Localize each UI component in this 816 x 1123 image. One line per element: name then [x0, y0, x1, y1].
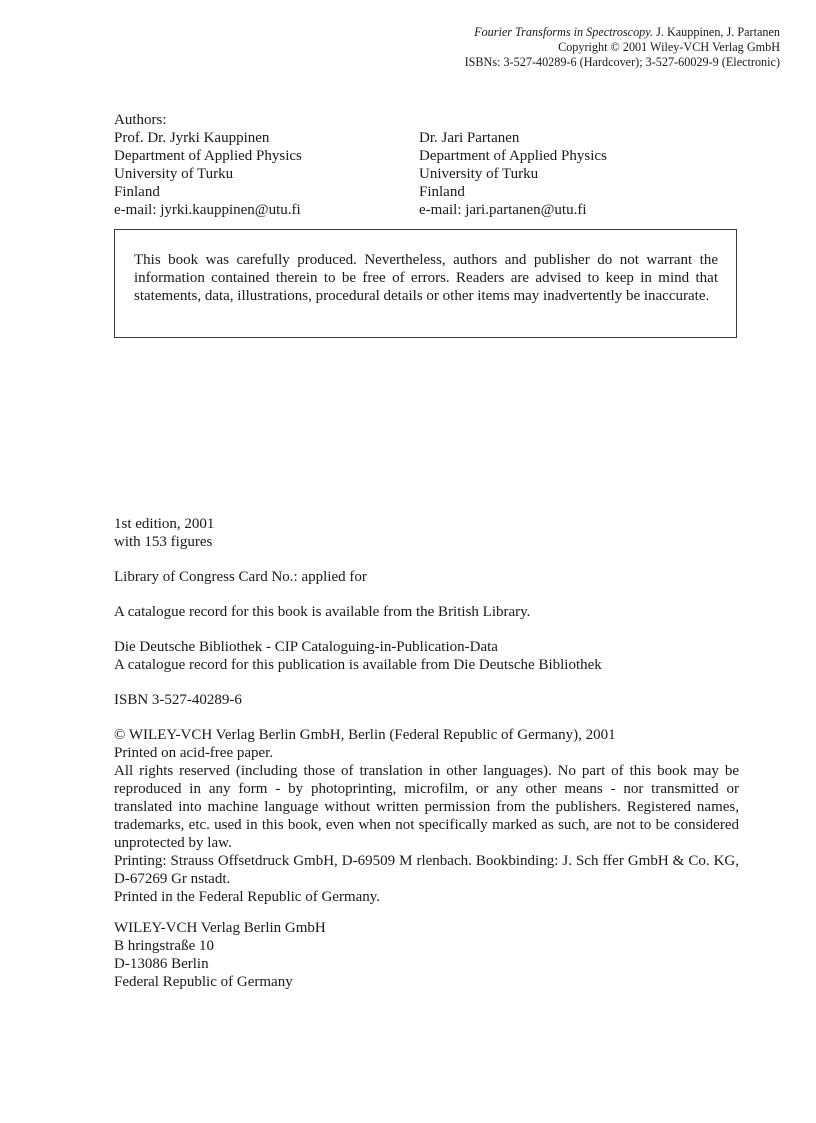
deutsche-line-2: A catalogue record for this publication … — [114, 656, 739, 674]
publisher-name: WILEY-VCH Verlag Berlin GmbH — [114, 919, 739, 937]
header-isbns: ISBNs: 3-527-40289-6 (Hardcover); 3-527-… — [465, 55, 780, 70]
author-name: Prof. Dr. Jyrki Kauppinen — [114, 129, 419, 147]
authors-label: Authors: — [114, 111, 754, 129]
figures-line: with 153 figures — [114, 533, 739, 551]
author-department: Department of Applied Physics — [114, 147, 419, 165]
publisher-city: D-13086 Berlin — [114, 955, 739, 973]
rights-reserved-text: All rights reserved (including those of … — [114, 762, 739, 852]
paper-line: Printed on acid-free paper. — [114, 744, 739, 762]
author-right: Dr. Jari Partanen Department of Applied … — [419, 129, 724, 219]
edition-info: 1st edition, 2001 with 153 figures — [114, 515, 739, 551]
author-name: Dr. Jari Partanen — [419, 129, 724, 147]
publisher-address: WILEY-VCH Verlag Berlin GmbH B hringstra… — [114, 919, 739, 991]
book-title: Fourier Transforms in Spectroscopy. — [474, 25, 653, 39]
publisher-country: Federal Republic of Germany — [114, 973, 739, 991]
printed-in-line: Printed in the Federal Republic of Germa… — [114, 888, 739, 906]
disclaimer-box: This book was carefully produced. Nevert… — [114, 229, 737, 338]
british-library-info: A catalogue record for this book is avai… — [114, 603, 739, 621]
rights-section: © WILEY-VCH Verlag Berlin GmbH, Berlin (… — [114, 726, 739, 906]
edition-line: 1st edition, 2001 — [114, 515, 739, 533]
book-authors: J. Kauppinen, J. Partanen — [653, 25, 780, 39]
deutsche-line-1: Die Deutsche Bibliothek - CIP Cataloguin… — [114, 638, 739, 656]
isbn-info: ISBN 3-527-40289-6 — [114, 691, 739, 709]
isbn-line: ISBN 3-527-40289-6 — [114, 691, 739, 709]
publisher-street: B hringstraße 10 — [114, 937, 739, 955]
author-email: e-mail: jyrki.kauppinen@utu.fi — [114, 201, 419, 219]
author-university: University of Turku — [114, 165, 419, 183]
deutsche-bibliothek-info: Die Deutsche Bibliothek - CIP Cataloguin… — [114, 638, 739, 674]
printing-text: Printing: Strauss Offsetdruck GmbH, D-69… — [114, 852, 739, 888]
header-copyright: Copyright © 2001 Wiley-VCH Verlag GmbH — [465, 40, 780, 55]
author-email: e-mail: jari.partanen@utu.fi — [419, 201, 724, 219]
loc-info: Library of Congress Card No.: applied fo… — [114, 568, 739, 586]
page-header: Fourier Transforms in Spectroscopy. J. K… — [465, 25, 780, 70]
author-country: Finland — [114, 183, 419, 201]
author-country: Finland — [419, 183, 724, 201]
british-library-line: A catalogue record for this book is avai… — [114, 603, 739, 621]
authors-section: Authors: Prof. Dr. Jyrki Kauppinen Depar… — [114, 111, 754, 219]
header-citation: Fourier Transforms in Spectroscopy. J. K… — [465, 25, 780, 40]
author-department: Department of Applied Physics — [419, 147, 724, 165]
loc-line: Library of Congress Card No.: applied fo… — [114, 568, 739, 586]
copyright-line: © WILEY-VCH Verlag Berlin GmbH, Berlin (… — [114, 726, 739, 744]
author-university: University of Turku — [419, 165, 724, 183]
disclaimer-text: This book was carefully produced. Nevert… — [134, 251, 718, 305]
author-left: Prof. Dr. Jyrki Kauppinen Department of … — [114, 129, 419, 219]
